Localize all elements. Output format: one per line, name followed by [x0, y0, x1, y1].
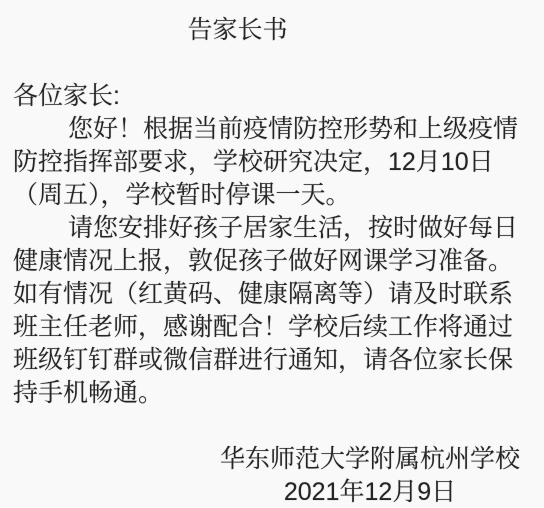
parent-notice-document: 告家长书 各位家长: 您好！根据当前疫情防控形势和上级疫情 防控指挥部要求，学校…	[0, 0, 544, 508]
salutation: 各位家长:	[13, 80, 532, 113]
signature-block: 华东师范大学附属杭州学校 2021年12月9日	[220, 443, 520, 508]
date-line: 2021年12月9日	[220, 476, 520, 508]
body-line: 防控指挥部要求，学校研究决定，12月10日	[13, 146, 532, 179]
body-line: 请您安排好孩子居家生活，按时做好每日	[13, 212, 532, 245]
signature: 华东师范大学附属杭州学校	[220, 443, 520, 476]
body-line: 班主任老师，感谢配合！学校后续工作将通过	[13, 311, 532, 344]
document-title: 告家长书	[13, 14, 462, 47]
body-line: 健康情况上报，敦促孩子做好网课学习准备。	[13, 245, 532, 278]
body-line: 班级钉钉群或微信群进行通知，请各位家长保	[13, 344, 532, 377]
body-line: （周五），学校暂时停课一天。	[13, 179, 532, 212]
body-line: 如有情况（红黄码、健康隔离等）请及时联系	[13, 278, 532, 311]
body-line: 持手机畅通。	[13, 377, 532, 410]
body-line: 您好！根据当前疫情防控形势和上级疫情	[13, 113, 532, 146]
